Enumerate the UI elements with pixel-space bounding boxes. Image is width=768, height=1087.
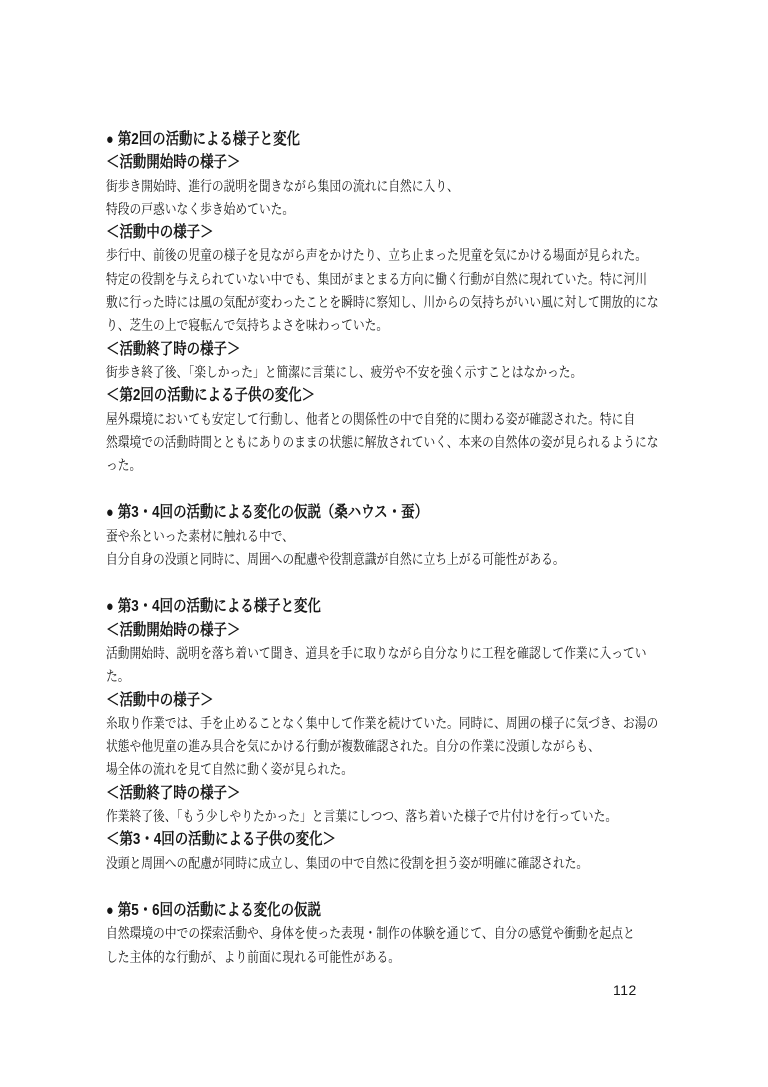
bullet-icon: ● — [106, 501, 114, 524]
subsection-heading: ＜活動終了時の様子＞ — [106, 782, 644, 805]
bullet-icon: ● — [106, 595, 114, 618]
bullet-icon: ● — [106, 128, 114, 151]
body-line: 蚕や糸といった素材に触れる中で、 — [106, 525, 644, 548]
body-line: り、芝生の上で寝転んで気持ちよさを味わっていた。 — [106, 314, 644, 337]
body-line: 没頭と周囲への配慮が同時に成立し、集団の中で自然に役割を担う姿が明確に確認された… — [106, 852, 644, 875]
body-line: 街歩き開始時、進行の説明を聞きながら集団の流れに自然に入り、 — [106, 175, 644, 198]
body-line: 特定の役割を与えられていない中でも、集団がまとまる方向に働く行動が自然に現れてい… — [106, 268, 644, 291]
section-heading-text: 第3・4回の活動による様子と変化 — [118, 598, 321, 615]
body-line: 作業終了後、「もう少しやりたかった」と言葉にしつつ、落ち着いた様子で片付けを行っ… — [106, 805, 644, 828]
subsection-heading: ＜第2回の活動による子供の変化＞ — [106, 384, 644, 407]
section-heading-text: 第2回の活動による様子と変化 — [118, 131, 300, 148]
body-line: た。 — [106, 665, 644, 688]
section-gap — [106, 477, 746, 501]
body-line: 場全体の流れを見て自然に動く姿が見られた。 — [106, 758, 644, 781]
body-line: 特段の戸惑いなく歩き始めていた。 — [106, 198, 644, 221]
section-gap — [106, 875, 746, 899]
section-heading: ●第2回の活動による様子と変化 — [106, 128, 644, 151]
subsection-heading: ＜活動開始時の様子＞ — [106, 619, 644, 642]
page-number: 112 — [613, 982, 637, 998]
body-line: 糸取り作業では、手を止めることなく集中して作業を続けていた。同時に、周囲の様子に… — [106, 712, 644, 735]
body-line: 活動開始時、説明を落ち着いて聞き、道具を手に取りながら自分なりに工程を確認して作… — [106, 642, 644, 665]
body-line: した主体的な行動が、より前面に現れる可能性がある。 — [106, 946, 644, 969]
body-line: 敷に行った時には風の気配が変わったことを瞬時に察知し、川からの気持ちがいい風に対… — [106, 291, 644, 314]
body-line: 街歩き終了後、「楽しかった」と簡潔に言葉にし、疲労や不安を強く示すことはなかった… — [106, 361, 644, 384]
subsection-heading: ＜活動中の様子＞ — [106, 221, 644, 244]
body-line: った。 — [106, 454, 644, 477]
document-content: ●第2回の活動による様子と変化＜活動開始時の様子＞街歩き開始時、進行の説明を聞き… — [106, 128, 746, 969]
subsection-heading: ＜第3・4回の活動による子供の変化＞ — [106, 828, 644, 851]
body-line: 然環境での活動時間とともにありのままの状態に解放されていく、本来の自然体の姿が見… — [106, 431, 644, 454]
document-page: ●第2回の活動による様子と変化＜活動開始時の様子＞街歩き開始時、進行の説明を聞き… — [0, 0, 768, 1087]
section-gap — [106, 571, 746, 595]
subsection-heading: ＜活動中の様子＞ — [106, 689, 644, 712]
section-heading: ●第5・6回の活動による変化の仮説 — [106, 899, 644, 922]
body-line: 歩行中、前後の児童の様子を見ながら声をかけたり、立ち止まった児童を気にかける場面… — [106, 244, 644, 267]
subsection-heading: ＜活動開始時の様子＞ — [106, 151, 644, 174]
body-line: 屋外環境においても安定して行動し、他者との関係性の中で自発的に関わる姿が確認され… — [106, 408, 644, 431]
body-line: 状態や他児童の進み具合を気にかける行動が複数確認された。自分の作業に没頭しながら… — [106, 735, 644, 758]
subsection-heading: ＜活動終了時の様子＞ — [106, 338, 644, 361]
section-heading-text: 第3・4回の活動による変化の仮説（桑ハウス・蚕） — [118, 504, 428, 521]
section-heading: ●第3・4回の活動による変化の仮説（桑ハウス・蚕） — [106, 501, 644, 524]
section-heading: ●第3・4回の活動による様子と変化 — [106, 595, 644, 618]
body-line: 自分自身の没頭と同時に、周囲への配慮や役割意識が自然に立ち上がる可能性がある。 — [106, 548, 644, 571]
body-line: 自然環境の中での探索活動や、身体を使った表現・制作の体験を通じて、自分の感覚や衝… — [106, 922, 644, 945]
section-heading-text: 第5・6回の活動による変化の仮説 — [118, 902, 321, 919]
bullet-icon: ● — [106, 899, 114, 922]
